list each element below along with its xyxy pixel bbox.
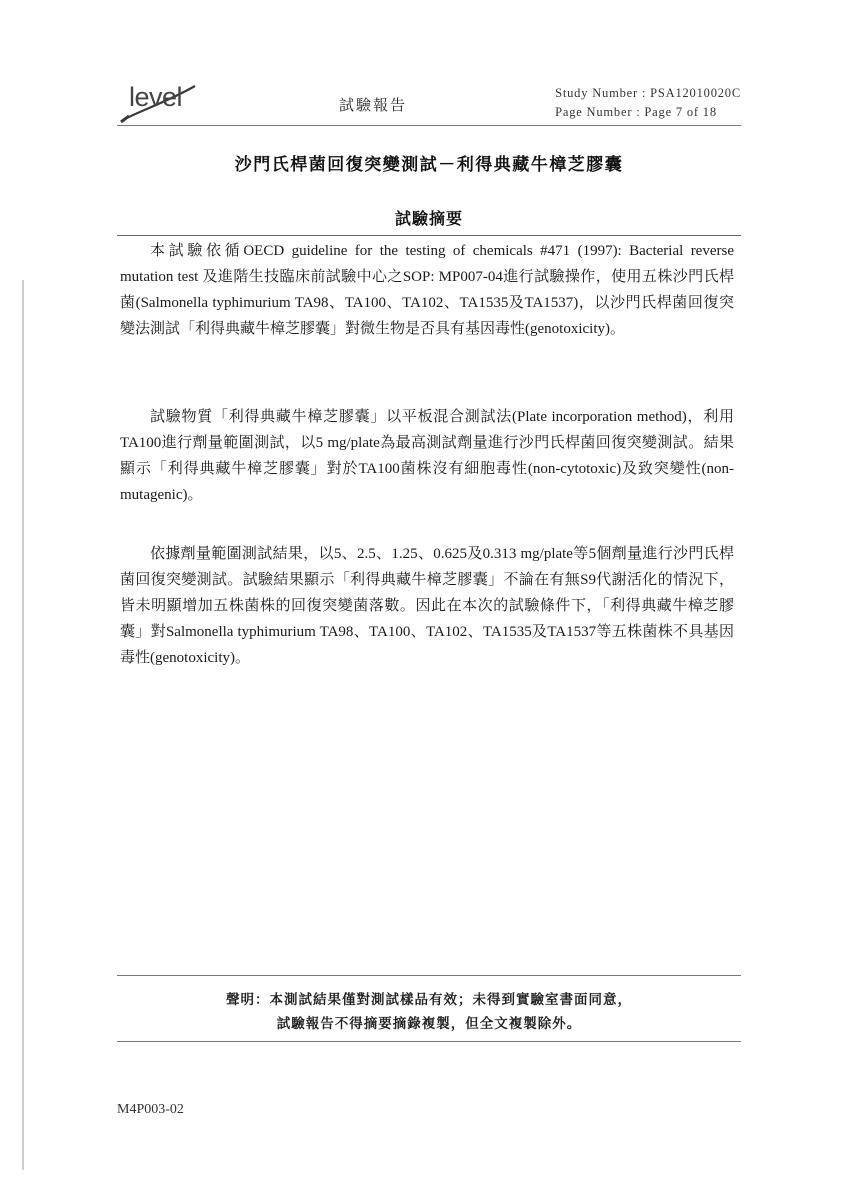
summary-paragraph-2: 試驗物質「利得典藏牛樟芝膠囊」以平板混合測試法(Plate incorporat… <box>120 404 734 508</box>
disclaimer-line-1: 聲明：本測試結果僅對測試樣品有效；未得到實驗室書面同意， <box>117 988 741 1012</box>
page-header: level 試驗報告 Study Number : PSA12010020C P… <box>117 80 741 126</box>
footer-divider-bottom <box>117 1041 741 1042</box>
paragraph-text: 試驗物質「利得典藏牛樟芝膠囊」以平板混合測試法(Plate incorporat… <box>120 404 734 508</box>
disclaimer-line-2: 試驗報告不得摘要摘錄複製，但全文複製除外。 <box>117 1012 741 1036</box>
scan-artifact-line <box>22 280 24 1170</box>
paragraph-text: 依據劑量範圍測試結果，以5、2.5、1.25、0.625及0.313 mg/pl… <box>120 541 734 671</box>
disclaimer: 聲明：本測試結果僅對測試樣品有效；未得到實驗室書面同意， 試驗報告不得摘要摘錄複… <box>117 988 741 1036</box>
report-meta: Study Number : PSA12010020C Page Number … <box>555 84 741 122</box>
study-number-label: Study Number <box>555 86 638 100</box>
summary-paragraph-1: 本試驗依循OECD guideline for the testing of c… <box>120 238 734 342</box>
study-number-row: Study Number : PSA12010020C <box>555 84 741 103</box>
document-title: 沙門氏桿菌回復突變測試－利得典藏牛樟芝膠囊 <box>117 150 741 175</box>
footer-divider-top <box>117 975 741 976</box>
header-divider <box>117 125 741 126</box>
page-number-label: Page Number <box>555 105 632 119</box>
summary-paragraph-3: 依據劑量範圍測試結果，以5、2.5、1.25、0.625及0.313 mg/pl… <box>120 541 734 671</box>
form-code: M4P003-02 <box>117 1102 184 1118</box>
paragraph-text: 本試驗依循OECD guideline for the testing of c… <box>120 238 734 342</box>
page-number-row: Page Number : Page 7 of 18 <box>555 103 741 122</box>
section-title: 試驗摘要 <box>117 206 741 229</box>
section-divider <box>117 235 741 236</box>
report-title: 試驗報告 <box>339 94 407 115</box>
study-number-value: : PSA12010020C <box>642 86 741 100</box>
company-logo: level <box>117 82 201 122</box>
page-number-value: : Page 7 of 18 <box>636 105 717 119</box>
logo-text: level <box>129 82 182 113</box>
